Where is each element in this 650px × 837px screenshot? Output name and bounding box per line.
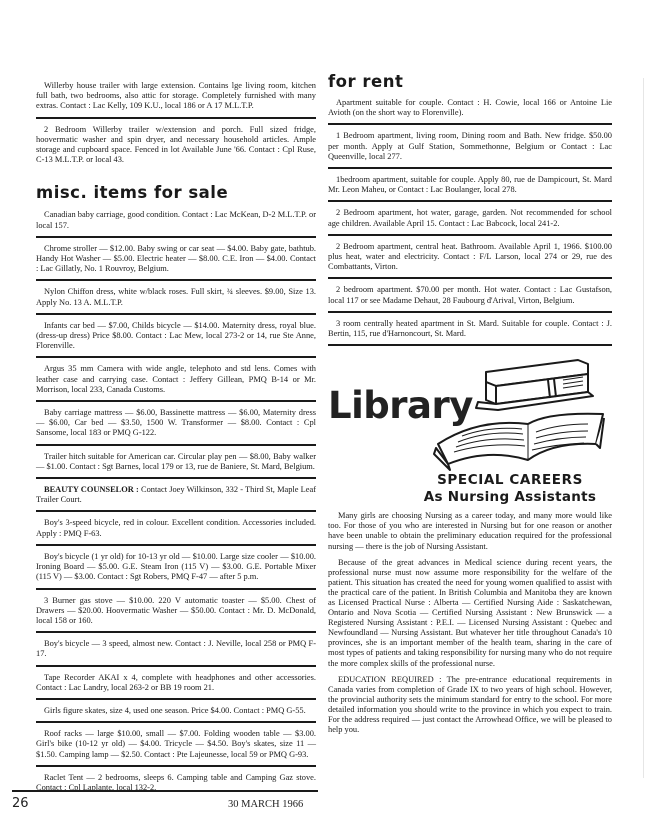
classified-ad: Boy's bicycle — 3 speed, almost new. Con…	[36, 636, 316, 663]
ad-text: 1bedroom apartment, suitable for couple.…	[328, 175, 612, 194]
rental-ad: 2 Bedroom apartment, central heat. Bathr…	[328, 239, 612, 277]
divider	[328, 344, 612, 346]
right-column: for rent Apartment suitable for couple. …	[328, 78, 612, 735]
divider	[36, 665, 316, 667]
classified-ad: 3 Burner gas stove — $10.00. 220 V autom…	[36, 593, 316, 631]
careers-title-line-1: SPECIAL CAREERS	[408, 472, 612, 488]
divider	[36, 544, 316, 546]
ad-text: 1 Bedroom apartment, living room, Dining…	[328, 131, 612, 160]
left-column: Willerby house trailer with large extens…	[36, 78, 316, 797]
page-edge	[643, 78, 644, 778]
classified-ad: Boy's 3-speed bicycle, red in colour. Ex…	[36, 515, 316, 542]
divider	[328, 123, 612, 125]
divider	[36, 444, 316, 446]
rental-ad: 2 bedroom apartment. $70.00 per month. H…	[328, 282, 612, 309]
rental-ad: 1 Bedroom apartment, living room, Dining…	[328, 128, 612, 166]
section-title-for-rent: for rent	[328, 72, 612, 91]
rental-ad: 1bedroom apartment, suitable for couple.…	[328, 172, 612, 199]
divider	[36, 588, 316, 590]
ad-text: 2 Bedroom apartment, central heat. Bathr…	[328, 242, 612, 271]
ad-text: Boy's bicycle (1 yr old) for 10-13 yr ol…	[36, 552, 316, 581]
article-paragraph: Because of the great advances in Medical…	[328, 558, 612, 669]
rental-ad: 2 Bedroom apartment, hot water, garage, …	[328, 205, 612, 232]
classified-ad: Nylon Chiffon dress, white w/black roses…	[36, 284, 316, 311]
classified-ad: Canadian baby carriage, good condition. …	[36, 207, 316, 234]
classified-ad-trailer-2: 2 Bedroom Willerby trailer w/extension a…	[36, 122, 316, 170]
classified-ad: Chrome stroller — $12.00. Baby swing or …	[36, 241, 316, 279]
divider	[36, 279, 316, 281]
rental-ad: Apartment suitable for couple. Contact :…	[328, 95, 612, 122]
classified-ad: Boy's bicycle (1 yr old) for 10-13 yr ol…	[36, 549, 316, 587]
library-banner: Library	[328, 350, 612, 472]
ad-text: Willerby house trailer with large extens…	[36, 81, 316, 110]
ad-text: Tape Recorder AKAI x 4, complete with he…	[36, 673, 316, 692]
divider	[36, 400, 316, 402]
classified-ad-beauty-counselor: BEAUTY COUNSELOR : Contact Joey Wilkinso…	[36, 482, 316, 509]
ad-text: Roof racks — large $10.00, small — $7.00…	[36, 729, 316, 758]
section-title-misc-items: misc. items for sale	[36, 183, 316, 202]
classified-ad: Argus 35 mm Camera with wide angle, tele…	[36, 361, 316, 399]
ad-lead: BEAUTY COUNSELOR :	[44, 485, 139, 494]
divider	[36, 356, 316, 358]
ad-text: Infants car bed — $7.00, Childs bicycle …	[36, 321, 316, 350]
divider	[36, 631, 316, 633]
nursing-article: Many girls are choosing Nursing as a car…	[328, 511, 612, 735]
classified-ad: Trailer hitch suitable for American car.…	[36, 449, 316, 476]
ad-text: 3 Burner gas stove — $10.00. 220 V autom…	[36, 596, 316, 625]
divider	[36, 236, 316, 238]
divider	[36, 117, 316, 119]
page-number: 26	[12, 796, 29, 811]
classified-ad: Baby carriage mattress — $6.00, Bassinet…	[36, 405, 316, 443]
classified-ad: Girls figure skates, size 4, used one se…	[36, 703, 316, 720]
rental-ad: 3 room centrally heated apartment in St.…	[328, 316, 612, 343]
careers-title-line-2: As Nursing Assistants	[408, 489, 612, 505]
divider	[36, 313, 316, 315]
ad-text: Chrome stroller — $12.00. Baby swing or …	[36, 244, 316, 273]
ad-text: Boy's 3-speed bicycle, red in colour. Ex…	[36, 518, 316, 537]
classified-ad: Tape Recorder AKAI x 4, complete with he…	[36, 670, 316, 697]
classified-ad-trailer-1: Willerby house trailer with large extens…	[36, 78, 316, 116]
divider	[36, 698, 316, 700]
divider	[328, 167, 612, 169]
classified-ad: Roof racks — large $10.00, small — $7.00…	[36, 726, 316, 764]
divider	[328, 311, 612, 313]
ad-text: 3 room centrally heated apartment in St.…	[328, 319, 612, 338]
ad-text: Girls figure skates, size 4, used one se…	[44, 706, 306, 715]
divider	[328, 277, 612, 279]
classified-ad: Infants car bed — $7.00, Childs bicycle …	[36, 318, 316, 356]
ad-text: Nylon Chiffon dress, white w/black roses…	[36, 287, 316, 306]
classified-ad: Raclet Tent — 2 bedrooms, sleeps 6. Camp…	[36, 770, 316, 797]
ad-text: 2 Bedroom apartment, hot water, garage, …	[328, 208, 612, 227]
books-illustration-icon	[428, 352, 608, 472]
divider	[36, 721, 316, 723]
footer-divider	[12, 790, 318, 792]
ad-text: 2 bedroom apartment. $70.00 per month. H…	[328, 285, 612, 304]
ad-text: Argus 35 mm Camera with wide angle, tele…	[36, 364, 316, 393]
article-paragraph: Many girls are choosing Nursing as a car…	[328, 511, 612, 551]
education-lead: EDUCATION REQUIRED :	[338, 675, 441, 684]
ad-text: Boy's bicycle — 3 speed, almost new. Con…	[36, 639, 316, 658]
ad-text: Apartment suitable for couple. Contact :…	[328, 98, 612, 117]
ad-text: Trailer hitch suitable for American car.…	[36, 452, 316, 471]
divider	[328, 234, 612, 236]
issue-date: 30 MARCH 1966	[228, 799, 303, 810]
divider	[328, 200, 612, 202]
article-paragraph-education: EDUCATION REQUIRED : The pre-entrance ed…	[328, 675, 612, 736]
ad-text: Canadian baby carriage, good condition. …	[36, 210, 316, 229]
divider	[36, 765, 316, 767]
divider	[36, 477, 316, 479]
special-careers-title: SPECIAL CAREERS As Nursing Assistants	[408, 472, 612, 505]
ad-text: 2 Bedroom Willerby trailer w/extension a…	[36, 125, 316, 165]
ad-text: Baby carriage mattress — $6.00, Bassinet…	[36, 408, 316, 437]
divider	[36, 510, 316, 512]
